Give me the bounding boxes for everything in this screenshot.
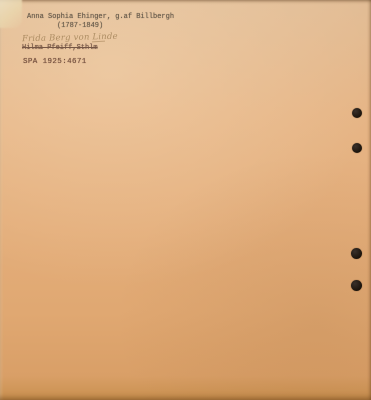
light-corner-patch (0, 0, 22, 28)
scanned-archive-card: Anna Sophia Ehinger, g.af Billbergh (178… (0, 0, 371, 400)
crossed-out-source-line: Hilma Pfeiff,Sthlm (22, 44, 98, 52)
punch-dot (352, 143, 362, 153)
life-dates-line: (1787-1849) (57, 22, 103, 30)
sitter-name-line: Anna Sophia Ehinger, g.af Billbergh (27, 13, 174, 21)
punch-dot (352, 108, 362, 118)
punch-dot (351, 280, 362, 291)
spa-archive-number: SPA 1925:4671 (23, 58, 87, 66)
pencil-source-note: Frida Berg von Linde (22, 32, 118, 45)
punch-dot (351, 248, 362, 259)
